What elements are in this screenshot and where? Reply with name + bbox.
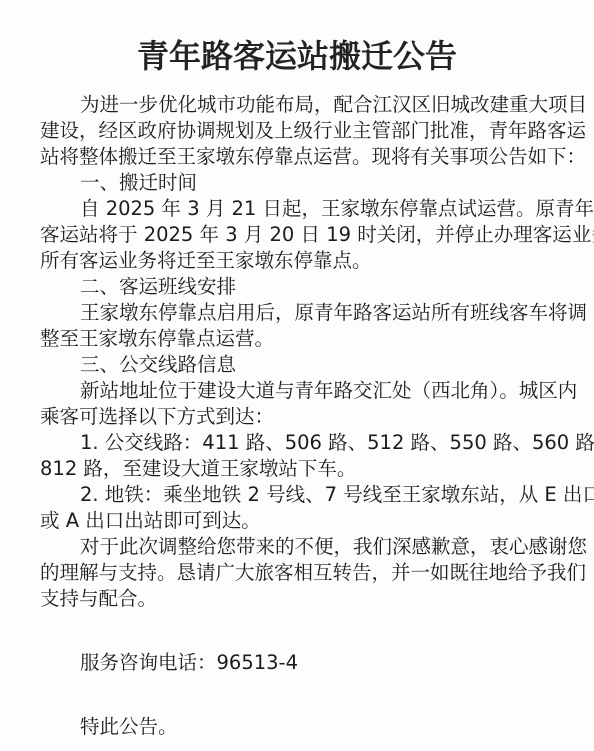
transit-info-line-1: 新站地址位于建设大道与青年路交汇处（西北角）。城区内 [40,378,570,404]
transit-info-line-2: 乘客可选择以下方式到达： [40,404,570,430]
relocation-time-line-2: 客运站将于 2025 年 3 月 20 日 19 时关闭，并停止办理客运业务。 [40,222,570,248]
transit-metro-line-2: 或 A 出口出站即可到达。 [40,508,570,534]
transit-bus-line-1: 1. 公交线路：411 路、506 路、512 路、550 路、560 路、 [40,430,570,456]
paragraph-intro-line-1: 为进一步优化城市功能布局，配合江汉区旧城改建重大项目 [40,92,570,118]
notice-body: 为进一步优化城市功能布局，配合江汉区旧城改建重大项目 建设，经区政府协调规划及上… [40,92,570,740]
transit-bus-line-2: 812 路，至建设大道王家墩站下车。 [40,456,570,482]
hotline-number: 96513-4 [217,651,298,674]
spacer [40,676,570,702]
relocation-time-line-1: 自 2025 年 3 月 21 日起，王家墩东停靠点试运营。原青年路 [40,196,570,222]
bus-routes-line-1: 王家墩东停靠点启用后，原青年路客运站所有班线客车将调 [40,300,570,326]
relocation-time-line-3: 所有客运业务将迁至王家墩东停靠点。 [40,248,570,274]
paragraph-intro-line-2: 建设，经区政府协调规划及上级行业主管部门批准，青年路客运 [40,118,570,144]
paragraph-intro-line-3: 站将整体搬迁至王家墩东停靠点运营。现将有关事项公告如下： [40,144,570,170]
section-heading-transit-info: 三、公交线路信息 [40,352,570,378]
apology-line-2: 的理解与支持。恳请广大旅客相互转告，并一如既往地给予我们 [40,560,570,586]
section-heading-relocation-time: 一、搬迁时间 [40,170,570,196]
spacer [40,702,570,714]
apology-line-3: 支持与配合。 [40,586,570,612]
spacer [40,612,570,638]
service-hotline: 服务咨询电话：96513-4 [40,650,570,676]
transit-metro-line-1: 2. 地铁：乘坐地铁 2 号线、7 号线至王家墩东站，从 E 出口 [40,482,570,508]
hotline-label: 服务咨询电话： [80,651,217,674]
closing-statement: 特此公告。 [40,714,570,740]
notice-page: 青年路客运站搬迁公告 为进一步优化城市功能布局，配合江汉区旧城改建重大项目 建设… [0,0,594,751]
section-heading-bus-routes: 二、客运班线安排 [40,274,570,300]
notice-title: 青年路客运站搬迁公告 [0,36,594,76]
apology-line-1: 对于此次调整给您带来的不便，我们深感歉意，衷心感谢您 [40,534,570,560]
bus-routes-line-2: 整至王家墩东停靠点运营。 [40,326,570,352]
spacer [40,638,570,650]
